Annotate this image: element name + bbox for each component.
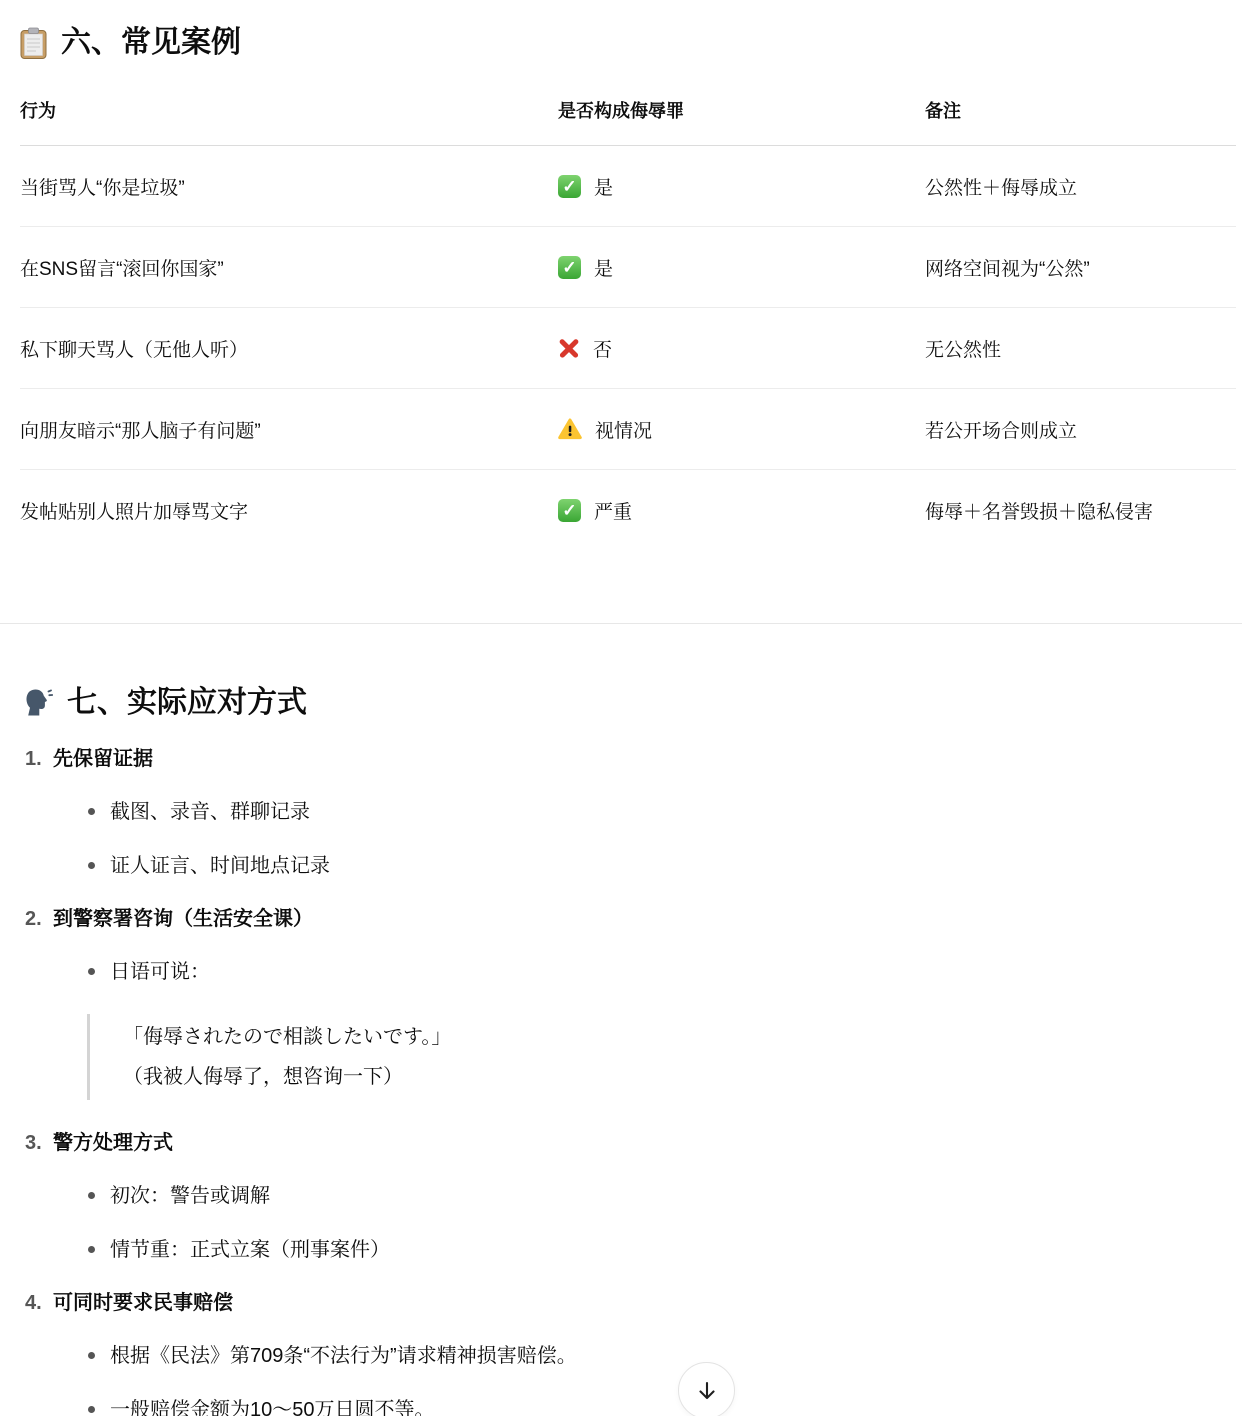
bullet-text: 情节重：正式立案（刑事案件） <box>110 1236 390 1264</box>
bullet-text: 截图、录音、群聊记录 <box>110 798 310 826</box>
verdict-label: 严重 <box>594 497 632 524</box>
check-icon <box>558 499 581 522</box>
verdict-label: 否 <box>593 335 612 362</box>
list-item: 4. 可同时要求民事赔偿 <box>20 1290 1236 1316</box>
list-item-title: 可同时要求民事赔偿 <box>53 1290 233 1316</box>
document-body: 六、常见案例 行为 是否构成侮辱罪 备注 当街骂人“你是垃圾” 是 公然性＋侮辱… <box>0 26 1242 1416</box>
col-header-note: 备注 <box>925 97 1236 146</box>
behavior-cell: 在SNS留言“滚回你国家” <box>20 227 558 308</box>
list-item: 2. 到警察署咨询（生活安全课） <box>20 906 1236 932</box>
bullet-text: 一般赔偿金额为10～50万日圆不等。 <box>110 1396 435 1416</box>
table-row: 向朋友暗示“那人脑子有问题” 视情况 若公开场合则成立 <box>20 389 1236 470</box>
verdict-cell: 是 <box>558 173 915 200</box>
bullet-dot <box>88 1352 95 1359</box>
bullet-text: 根据《民法》第709条“不法行为”请求精神损害赔偿。 <box>110 1342 577 1370</box>
section6-heading: 六、常见案例 <box>20 26 1236 60</box>
list-item-number: 1. <box>25 746 53 772</box>
list-item-number: 3. <box>25 1130 53 1156</box>
table-header-row: 行为 是否构成侮辱罪 备注 <box>20 97 1236 146</box>
note-cell: 公然性＋侮辱成立 <box>925 146 1236 227</box>
cases-table: 行为 是否构成侮辱罪 备注 当街骂人“你是垃圾” 是 公然性＋侮辱成立 在SNS… <box>20 97 1236 550</box>
verdict-cell: 严重 <box>558 497 915 524</box>
behavior-cell: 私下聊天骂人（无他人听） <box>20 308 558 389</box>
table-row: 私下聊天骂人（无他人听） 否 无公然性 <box>20 308 1236 389</box>
bullet-dot <box>88 1406 95 1413</box>
list-item: 1. 先保留证据 <box>20 746 1236 772</box>
quote-line-japanese: 「侮辱されたので相談したいです。」 <box>123 1017 1236 1057</box>
bullet-dot <box>88 862 95 869</box>
table-row: 发帖贴别人照片加辱骂文字 严重 侮辱＋名誉毁损＋隐私侵害 <box>20 470 1236 551</box>
bullet-item: 一般赔偿金额为10～50万日圆不等。 <box>20 1396 1236 1416</box>
note-cell: 若公开场合则成立 <box>925 389 1236 470</box>
bullet-item: 截图、录音、群聊记录 <box>20 798 1236 826</box>
speaking-head-icon <box>20 687 53 720</box>
cross-icon <box>558 337 580 359</box>
behavior-cell: 当街骂人“你是垃圾” <box>20 146 558 227</box>
list-item: 3. 警方处理方式 <box>20 1130 1236 1156</box>
quote-line-translation: （我被人侮辱了，想咨询一下） <box>123 1057 1236 1097</box>
bullet-item: 初次：警告或调解 <box>20 1182 1236 1210</box>
check-icon <box>558 256 581 279</box>
table-row: 当街骂人“你是垃圾” 是 公然性＋侮辱成立 <box>20 146 1236 227</box>
section7-heading: 七、实际应对方式 <box>20 686 1236 720</box>
verdict-cell: 视情况 <box>558 416 915 443</box>
bullet-text: 日语可说： <box>110 958 210 986</box>
note-cell: 侮辱＋名誉毁损＋隐私侵害 <box>925 470 1236 551</box>
list-item-number: 2. <box>25 906 53 932</box>
down-arrow-icon <box>695 1379 719 1403</box>
section-divider <box>0 623 1242 624</box>
bullet-item: 根据《民法》第709条“不法行为”请求精神损害赔偿。 <box>20 1342 1236 1370</box>
verdict-label: 是 <box>594 254 613 281</box>
japanese-phrase-blockquote: 「侮辱されたので相談したいです。」 （我被人侮辱了，想咨询一下） <box>87 1014 1236 1100</box>
note-cell: 网络空间视为“公然” <box>925 227 1236 308</box>
bullet-text: 初次：警告或调解 <box>110 1182 270 1210</box>
col-header-behavior: 行为 <box>20 97 558 146</box>
bullet-dot <box>88 1246 95 1253</box>
bullet-text: 证人证言、时间地点记录 <box>110 852 330 880</box>
table-row: 在SNS留言“滚回你国家” 是 网络空间视为“公然” <box>20 227 1236 308</box>
section7-title: 七、实际应对方式 <box>67 686 307 720</box>
verdict-cell: 否 <box>558 335 915 362</box>
list-item-title: 到警察署咨询（生活安全课） <box>53 906 313 932</box>
bullet-item: 日语可说： <box>20 958 1236 986</box>
behavior-cell: 发帖贴别人照片加辱骂文字 <box>20 470 558 551</box>
section6-title: 六、常见案例 <box>61 26 241 60</box>
note-cell: 无公然性 <box>925 308 1236 389</box>
warning-icon <box>558 418 582 440</box>
clipboard-icon <box>20 27 47 60</box>
bullet-item: 情节重：正式立案（刑事案件） <box>20 1236 1236 1264</box>
behavior-cell: 向朋友暗示“那人脑子有问题” <box>20 389 558 470</box>
list-item-title: 先保留证据 <box>53 746 153 772</box>
list-item-title: 警方处理方式 <box>53 1130 173 1156</box>
scroll-to-bottom-button[interactable] <box>678 1362 735 1416</box>
verdict-label: 视情况 <box>595 416 652 443</box>
verdict-cell: 是 <box>558 254 915 281</box>
bullet-dot <box>88 968 95 975</box>
response-steps-list: 1. 先保留证据 截图、录音、群聊记录 证人证言、时间地点记录 2. 到警察署咨… <box>20 746 1236 1416</box>
bullet-item: 证人证言、时间地点记录 <box>20 852 1236 880</box>
list-item-number: 4. <box>25 1290 53 1316</box>
bullet-dot <box>88 1192 95 1199</box>
check-icon <box>558 175 581 198</box>
bullet-dot <box>88 808 95 815</box>
verdict-label: 是 <box>594 173 613 200</box>
col-header-verdict: 是否构成侮辱罪 <box>558 97 925 146</box>
